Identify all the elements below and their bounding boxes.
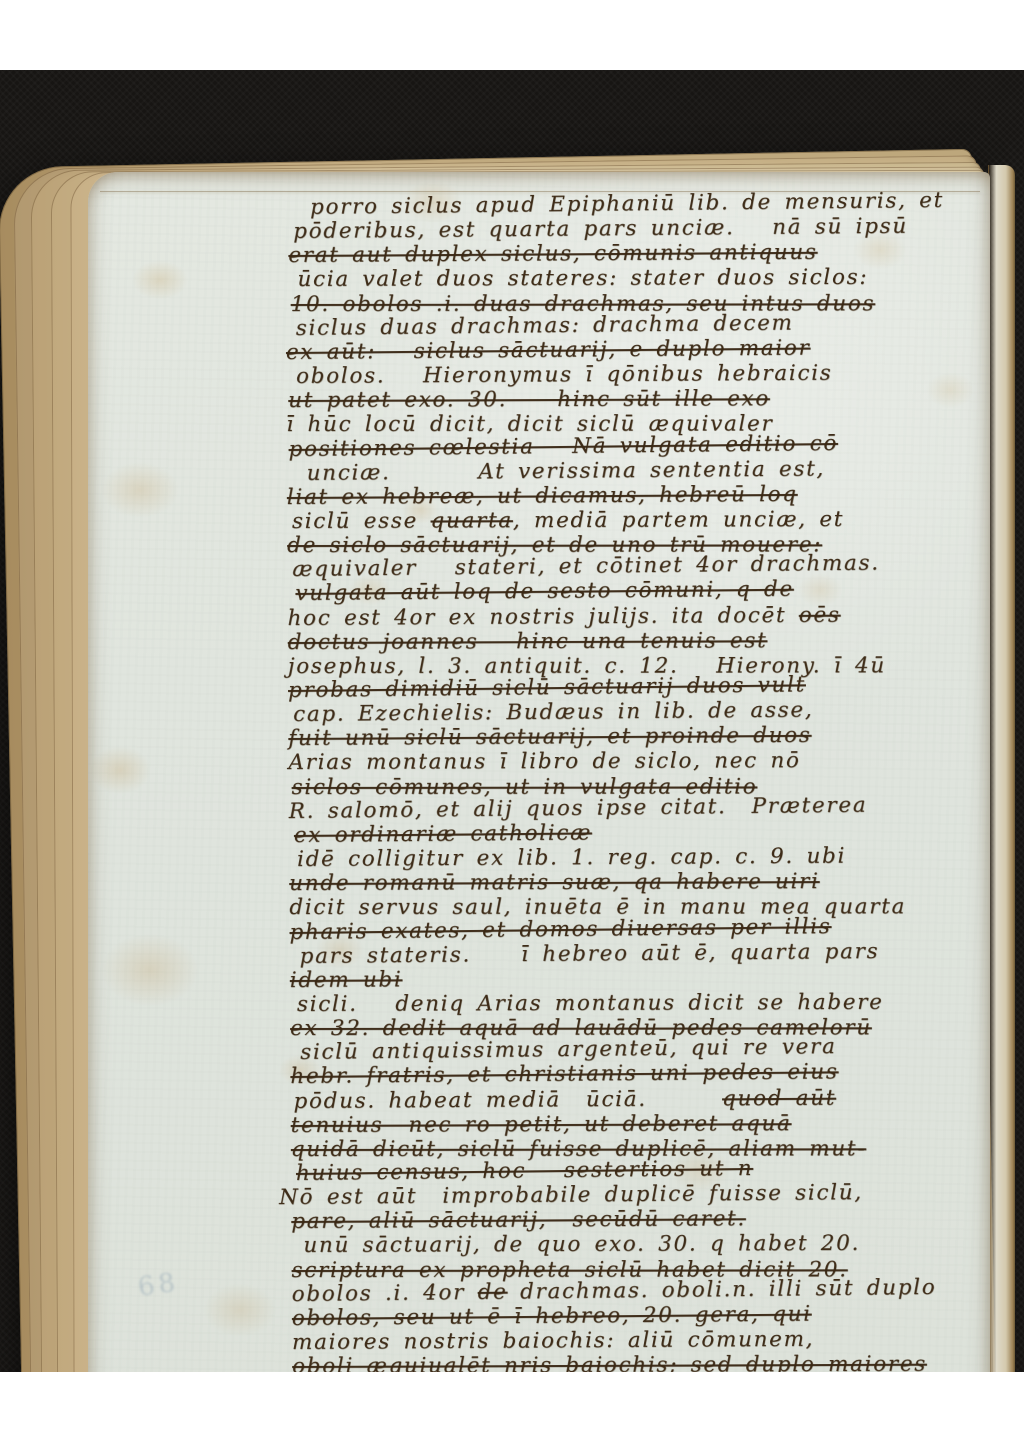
- text-segment: drachmas. oboli.n. illi sūt duplo: [507, 1275, 936, 1305]
- manuscript-line: unū sāctuarij, de quo exo. 30. q habet 2…: [303, 1232, 860, 1258]
- struck-text-segment: liat ex hebreæ, ut dicamus, hebreū loq: [287, 482, 798, 510]
- struck-text-segment: idem ubi: [290, 967, 403, 993]
- manuscript-line: tenuius nec ro petit, ut deberet aquā: [291, 1112, 792, 1138]
- black-backdrop: 68 porro siclus apud Epiphaniū lib. de m…: [0, 70, 1024, 1372]
- text-segment: , mediā partem unciæ, et: [513, 507, 844, 533]
- manuscript-page: 68 porro siclus apud Epiphaniū lib. de m…: [88, 172, 990, 1404]
- text-segment: pōdus. habeat mediā ūciā.: [293, 1086, 722, 1114]
- manuscript-line: sicli. deniq Arias montanus dicit se hab…: [297, 991, 884, 1017]
- struck-text-segment: erat aut duplex siclus, cōmunis antiquus: [288, 240, 817, 268]
- struck-text-segment: unde romanū matris suæ, qa habere uiri: [289, 869, 820, 896]
- struck-text-segment: fuit unū siclū sāctuarij, et proinde duo…: [288, 723, 811, 751]
- manuscript-line: liat ex hebreæ, ut dicamus, hebreū loq: [287, 483, 798, 510]
- text-segment: ūcia valet duos stateres: stater duos si…: [297, 265, 868, 292]
- manuscript-line: Arias montanus ī libro de siclo, nec nō: [288, 750, 800, 776]
- manuscript-line: doctus joannes hinc una tenuis est: [288, 629, 768, 655]
- manuscript-photograph: 68 porro siclus apud Epiphaniū lib. de m…: [0, 0, 1024, 1448]
- text-segment: siclū esse: [292, 508, 431, 534]
- text-segment: idē colligitur ex lib. 1. reg. cap. c. 9…: [297, 844, 846, 872]
- text-segment: R. salomō, et alij quos ipse citat. Præt…: [289, 792, 868, 823]
- struck-text-segment: de: [478, 1279, 508, 1304]
- manuscript-line: ut patet exo. 30. hinc sūt ille exo: [288, 387, 770, 413]
- handwritten-text: porro siclus apud Epiphaniū lib. de mens…: [285, 192, 1013, 1436]
- manuscript-line: idem ubi: [290, 968, 403, 993]
- struck-text-segment: quod aūt: [722, 1085, 836, 1111]
- struck-text-segment: ut patet exo. 30. hinc sūt ille exo: [288, 386, 770, 413]
- text-segment: sicli. deniq Arias montanus dicit se hab…: [297, 990, 884, 1017]
- top-white-strip: [0, 0, 1024, 70]
- text-segment: obolos. Hieronymus ī qōnibus hebraicis: [296, 361, 833, 389]
- manuscript-line: pars stateris. ī hebreo aūt ē, quarta pa…: [300, 940, 880, 969]
- ghost-number: 68: [136, 1267, 181, 1302]
- struck-text-segment: pare, aliū sāctuarij, secūdū caret.: [291, 1207, 746, 1235]
- manuscript-line: obolos. Hieronymus ī qōnibus hebraicis: [296, 362, 833, 389]
- manuscript-line: fuit unū siclū sāctuarij, et proinde duo…: [288, 724, 811, 751]
- text-segment: hoc est 4or ex nostris julijs. ita docēt: [288, 602, 799, 630]
- text-segment: maiores nostris baiochis: aliū cōmunem,: [292, 1327, 814, 1355]
- manuscript-line: ūcia valet duos stateres: stater duos si…: [297, 266, 868, 292]
- struck-text-segment: tenuius nec ro petit, ut deberet aquā: [291, 1111, 792, 1138]
- struck-text-segment: ex ordinariæ catholicæ: [294, 820, 592, 848]
- manuscript-line: pōdus. habeat mediā ūciā. quod aūt: [293, 1086, 836, 1113]
- manuscript-line: hoc est 4or ex nostris julijs. ita docēt…: [288, 603, 841, 630]
- manuscript-line: maiores nostris baiochis: aliū cōmunem,: [292, 1328, 814, 1355]
- text-segment: Arias montanus ī libro de siclo, nec nō: [288, 749, 800, 776]
- text-segment: Nō est aūt improbabile duplicē fuisse si…: [279, 1180, 863, 1210]
- manuscript-line: R. salomō, et alij quos ipse citat. Præt…: [289, 793, 868, 823]
- text-segment: pars stateris. ī hebreo aūt ē, quarta pa…: [300, 939, 880, 969]
- book: 68 porro siclus apud Epiphaniū lib. de m…: [8, 158, 1014, 1420]
- manuscript-line: pare, aliū sāctuarij, secūdū caret.: [291, 1208, 746, 1235]
- text-segment: unū sāctuarij, de quo exo. 30. q habet 2…: [303, 1231, 860, 1258]
- manuscript-line: Nō est aūt improbabile duplicē fuisse si…: [279, 1181, 863, 1210]
- manuscript-line: obolos .i. 4or de drachmas. oboli.n. ill…: [292, 1276, 937, 1307]
- struck-text-segment: doctus joannes hinc una tenuis est: [288, 628, 768, 655]
- manuscript-line: ex ordinariæ catholicæ: [294, 821, 592, 848]
- struck-text-segment: quarta: [431, 508, 513, 533]
- manuscript-line: unde romanū matris suæ, qa habere uiri: [289, 870, 820, 896]
- manuscript-line: erat aut duplex siclus, cōmunis antiquus: [288, 241, 817, 268]
- manuscript-line: idē colligitur ex lib. 1. reg. cap. c. 9…: [297, 845, 846, 872]
- struck-text-segment: oēs: [799, 602, 841, 627]
- text-segment: obolos .i. 4or: [292, 1280, 478, 1307]
- bottom-white-strip: [0, 1372, 1024, 1448]
- manuscript-line: siclū esse quarta, mediā partem unciæ, e…: [292, 508, 844, 534]
